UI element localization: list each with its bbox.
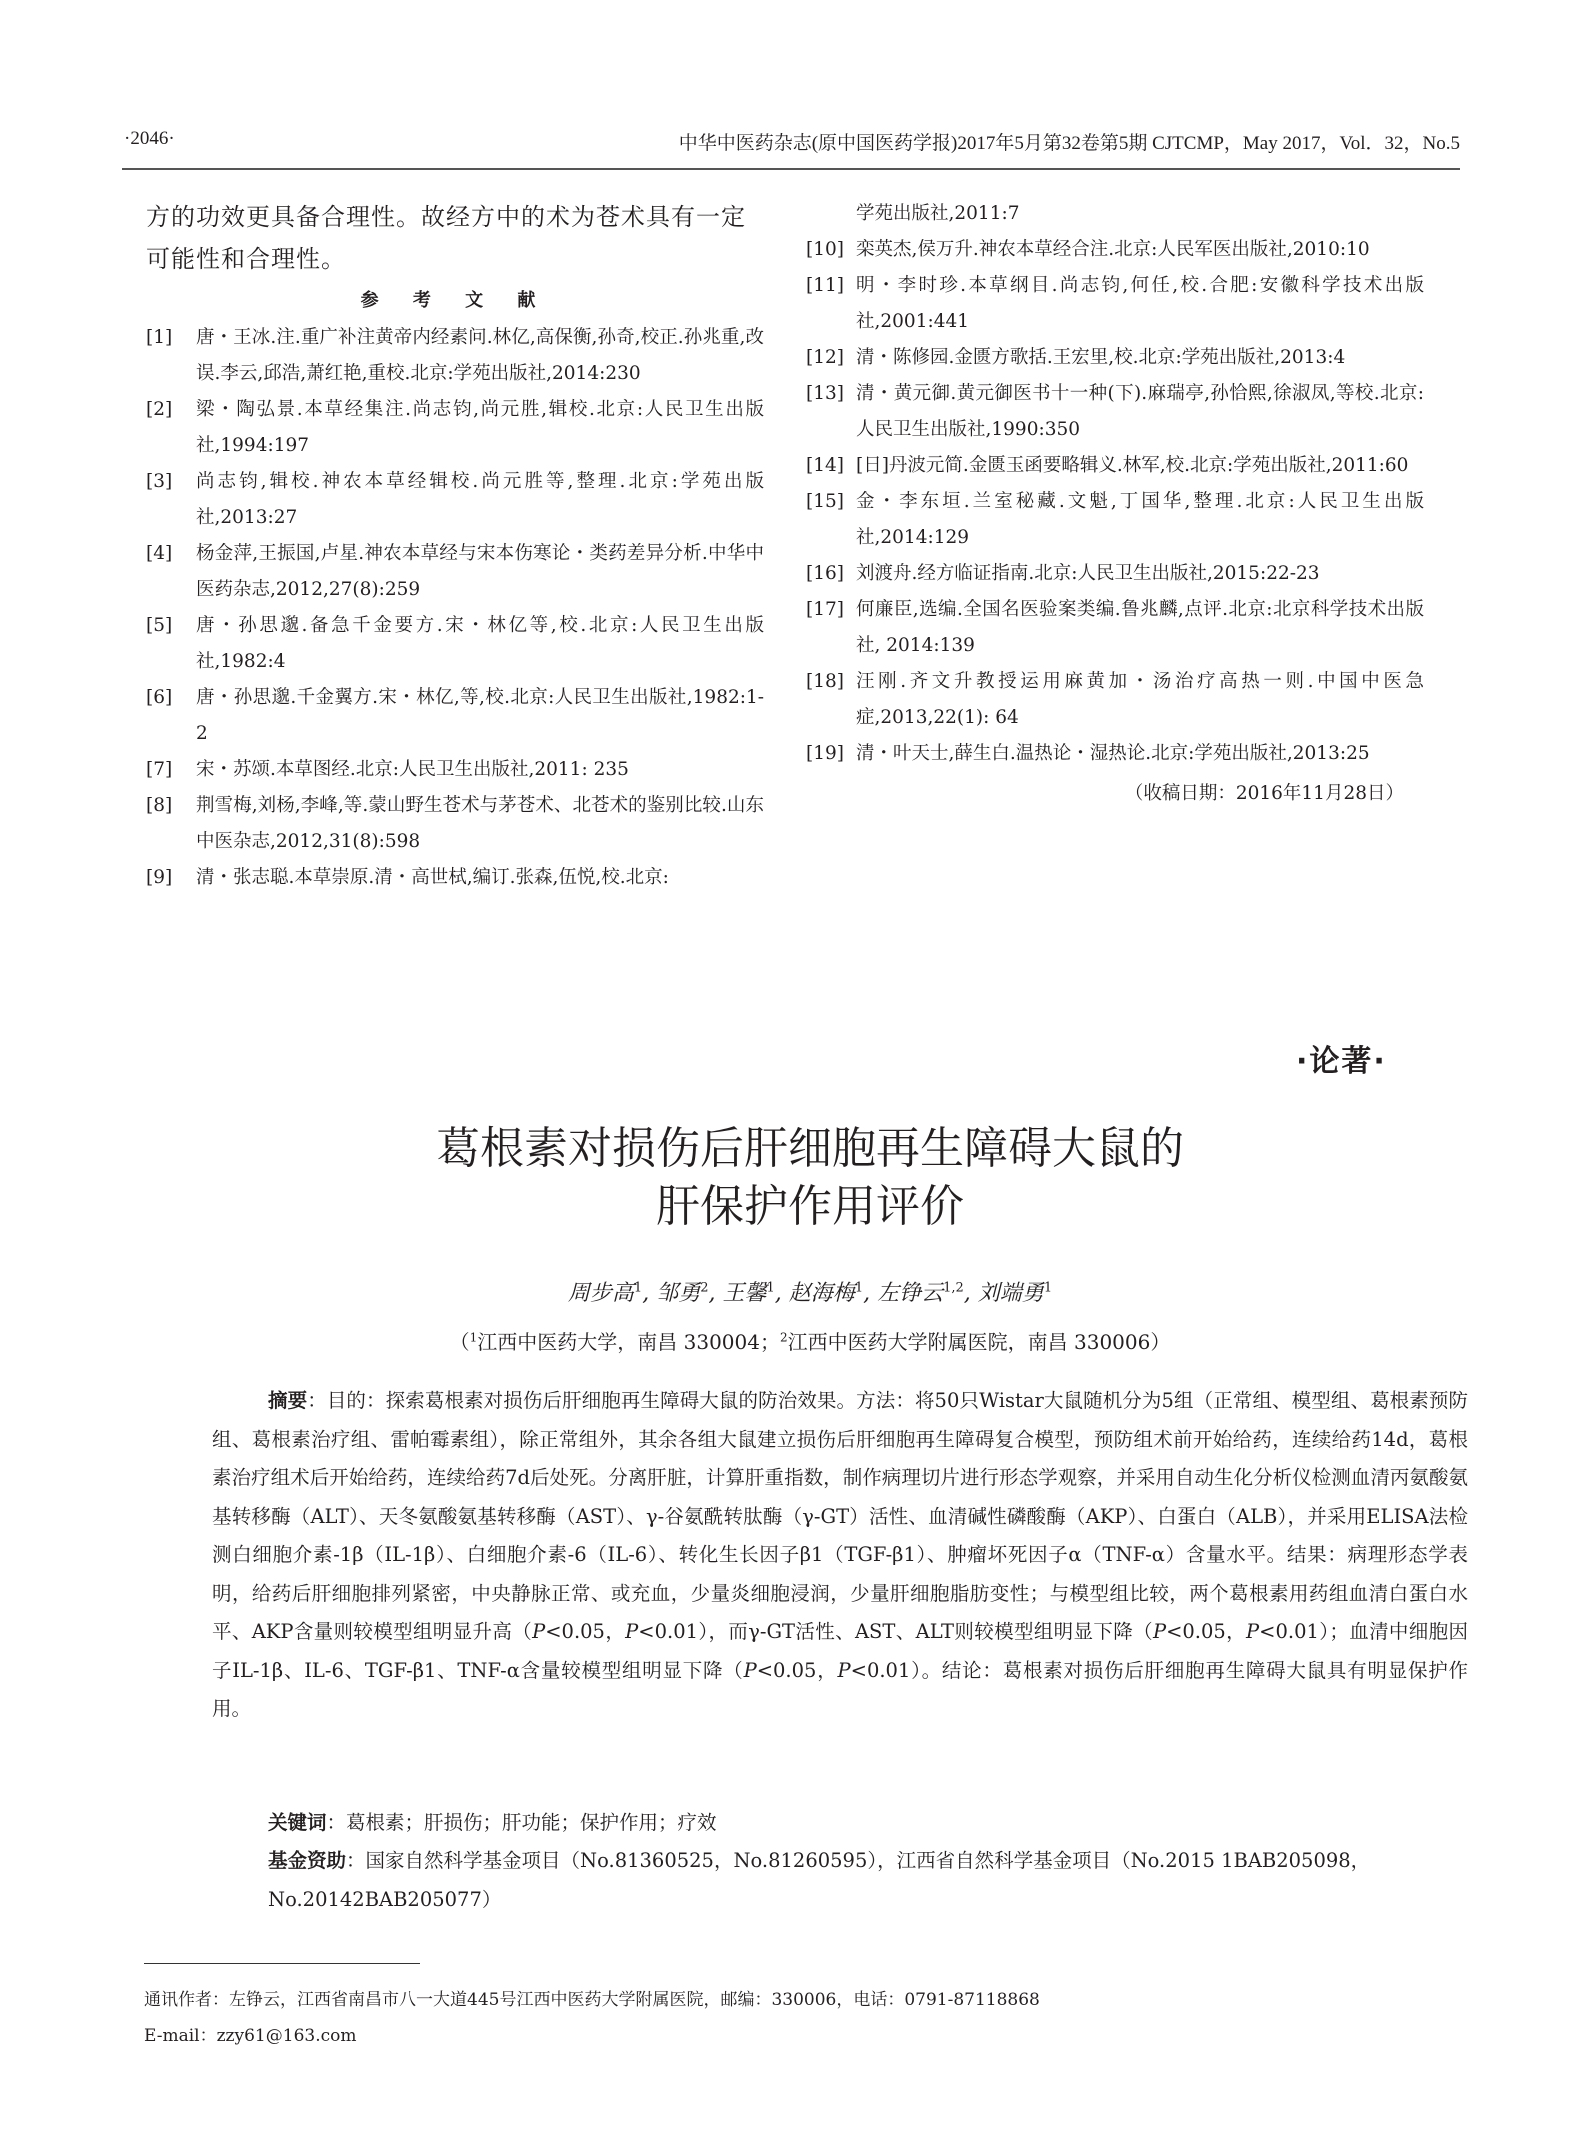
email[interactable]: E-mail：zzy61@163.com bbox=[144, 2018, 1040, 2054]
reference-list-right: 学苑出版社,2011:7 [10]栾英杰,侯万升.神农本草经合注.北京:人民军医… bbox=[806, 196, 1424, 772]
closing-paragraph: 方的功效更具备合理性。故经方中的术为苍术具有一定可能性和合理性。 bbox=[146, 196, 764, 280]
keywords: 关键词：葛根素；肝损伤；肝功能；保护作用；疗效 bbox=[268, 1804, 1468, 1843]
reference-item: [7]宋・苏颂.本草图经.北京:人民卫生出版社,2011: 235 bbox=[146, 752, 764, 788]
reference-item: [15]金・李东垣.兰室秘藏.文魁,丁国华,整理.北京:人民卫生出版社,2014… bbox=[806, 484, 1424, 556]
author-list: 周步高1, 邹勇2, 王馨1, 赵海梅1, 左铮云1,2, 刘端勇1 bbox=[140, 1276, 1480, 1307]
reference-item: [11]明・李时珍.本草纲目.尚志钧,何任,校.合肥:安徽科学技术出版社,200… bbox=[806, 268, 1424, 340]
reference-item: [16]刘渡舟.经方临证指南.北京:人民卫生出版社,2015:22-23 bbox=[806, 556, 1424, 592]
title-line-2: 肝保护作用评价 bbox=[140, 1178, 1480, 1236]
abstract-label: 摘要 bbox=[268, 1389, 307, 1412]
reference-item: [1]唐・王冰.注.重广补注黄帝内经素问.林亿,高保衡,孙奇,校正.孙兆重,改误… bbox=[146, 320, 764, 392]
author: 邹勇 bbox=[656, 1281, 700, 1306]
running-header: ·2046· 中华中医药杂志(原中国医药学报)2017年5月第32卷第5期 CJ… bbox=[122, 128, 1460, 170]
reference-item: [4]杨金萍,王振国,卢星.神农本草经与宋本伤寒论・类药差异分析.中华中医药杂志… bbox=[146, 536, 764, 608]
journal-citation: 中华中医药杂志(原中国医药学报)2017年5月第32卷第5期 CJTCMP，Ma… bbox=[679, 128, 1460, 155]
reference-item: [3]尚志钧,辑校.神农本草经辑校.尚元胜等,整理.北京:学苑出版社,2013:… bbox=[146, 464, 764, 536]
right-column: 学苑出版社,2011:7 [10]栾英杰,侯万升.神农本草经合注.北京:人民军医… bbox=[806, 196, 1424, 814]
author: 左铮云 bbox=[877, 1281, 943, 1306]
reference-item: [12]清・陈修园.金匮方歌括.王宏里,校.北京:学苑出版社,2013:4 bbox=[806, 340, 1424, 376]
reference-item: [2]梁・陶弘景.本草经集注.尚志钧,尚元胜,辑校.北京:人民卫生出版社,199… bbox=[146, 392, 764, 464]
reference-item: [9]清・张志聪.本草崇原.清・高世栻,编订.张森,伍悦,校.北京: bbox=[146, 860, 764, 896]
affiliations: （1江西中医药大学，南昌 330004；2江西中医药大学附属医院，南昌 3300… bbox=[140, 1326, 1480, 1355]
author: 周步高 bbox=[568, 1281, 634, 1306]
reference-item: [13]清・黄元御.黄元御医书十一种(下).麻瑞亭,孙恰熙,徐淑凤,等校.北京:… bbox=[806, 376, 1424, 448]
keywords-label: 关键词 bbox=[268, 1811, 327, 1834]
author: 赵海梅 bbox=[789, 1281, 855, 1306]
reference-item: [6]唐・孙思邈.千金翼方.宋・林亿,等,校.北京:人民卫生出版社,1982:1… bbox=[146, 680, 764, 752]
affiliation-1: 江西中医药大学，南昌 330004； bbox=[477, 1330, 780, 1354]
reference-item: [17]何廉臣,选编.全国名医验案类编.鲁兆麟,点评.北京:北京科学技术出版社,… bbox=[806, 592, 1424, 664]
funding-text: 国家自然科学基金项目（No.81360525，No.81260595），江西省自… bbox=[268, 1849, 1370, 1911]
section-tag: ·论著· bbox=[1296, 1036, 1387, 1080]
funding: 基金资助：国家自然科学基金项目（No.81360525，No.81260595）… bbox=[268, 1842, 1468, 1919]
title-line-1: 葛根素对损伤后肝细胞再生障碍大鼠的 bbox=[140, 1120, 1480, 1178]
author: 王馨 bbox=[723, 1281, 767, 1306]
reference-item: [10]栾英杰,侯万升.神农本草经合注.北京:人民军医出版社,2010:10 bbox=[806, 232, 1424, 268]
received-date: （收稿日期：2016年11月28日） bbox=[806, 774, 1424, 814]
abstract: 摘要：目的：探索葛根素对损伤后肝细胞再生障碍大鼠的防治效果。方法：将50只Wis… bbox=[212, 1382, 1468, 1729]
funding-label: 基金资助 bbox=[268, 1849, 346, 1872]
reference-item: [18]汪刚.齐文升教授运用麻黄加・汤治疗高热一则.中国中医急症,2013,22… bbox=[806, 664, 1424, 736]
footnote: 通讯作者：左铮云，江西省南昌市八一大道445号江西中医药大学附属医院，邮编：33… bbox=[144, 1982, 1040, 2054]
affiliation-2: 江西中医药大学附属医院，南昌 330006 bbox=[788, 1330, 1151, 1354]
author: 刘端勇 bbox=[978, 1281, 1044, 1306]
references-heading: 参 考 文 献 bbox=[146, 286, 764, 312]
reference-item: [5]唐・孙思邈.备急千金要方.宋・林亿等,校.北京:人民卫生出版社,1982:… bbox=[146, 608, 764, 680]
footnote-divider bbox=[144, 1963, 420, 1964]
reference-list-left: [1]唐・王冰.注.重广补注黄帝内经素问.林亿,高保衡,孙奇,校正.孙兆重,改误… bbox=[146, 320, 764, 896]
left-column: 方的功效更具备合理性。故经方中的术为苍术具有一定可能性和合理性。 参 考 文 献… bbox=[146, 196, 764, 896]
keywords-text: 葛根素；肝损伤；肝功能；保护作用；疗效 bbox=[346, 1811, 717, 1834]
reference-item: [19]清・叶天士,薛生白.温热论・湿热论.北京:学苑出版社,2013:25 bbox=[806, 736, 1424, 772]
reference-item: [14][日]丹波元简.金匮玉函要略辑义.林军,校.北京:学苑出版社,2011:… bbox=[806, 448, 1424, 484]
reference-item-continued: 学苑出版社,2011:7 bbox=[806, 196, 1424, 232]
article-title: 葛根素对损伤后肝细胞再生障碍大鼠的 肝保护作用评价 bbox=[140, 1120, 1480, 1236]
correspondence: 通讯作者：左铮云，江西省南昌市八一大道445号江西中医药大学附属医院，邮编：33… bbox=[144, 1982, 1040, 2018]
page-number: ·2046· bbox=[122, 128, 175, 150]
reference-item: [8]荆雪梅,刘杨,李峰,等.蒙山野生苍术与茅苍术、北苍术的鉴别比较.山东中医杂… bbox=[146, 788, 764, 860]
